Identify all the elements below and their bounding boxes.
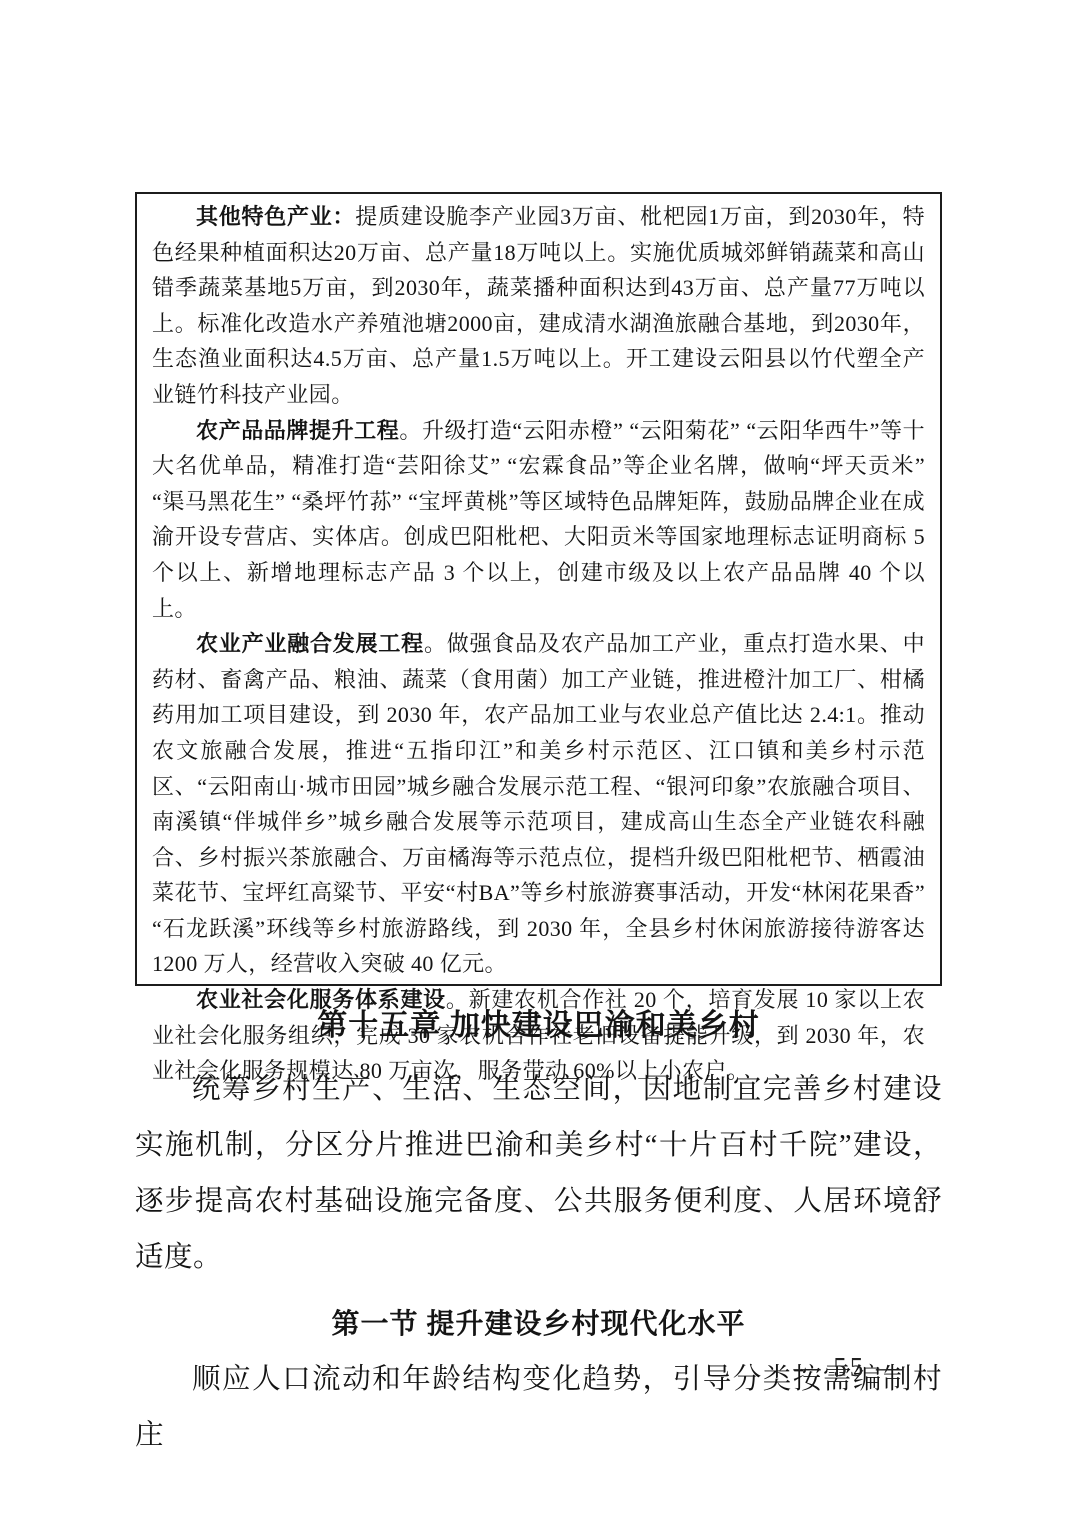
featured-text-box: 其他特色产业：提质建设脆李产业园3万亩、枇杷园1万亩，到2030年，特色经果种植…: [135, 192, 942, 986]
document-page: { "box": { "paragraphs": [ { "lead": "其他…: [0, 0, 1074, 1520]
chapter-intro-paragraph: 统筹乡村生产、生活、生态空间，因地制宜完善乡村建设实施机制，分区分片推进巴渝和美…: [135, 1062, 942, 1286]
paragraph-lead: 农产品品牌提升工程: [196, 418, 399, 443]
main-content: 第十五章 加快建设巴渝和美乡村 统筹乡村生产、生活、生态空间，因地制宜完善乡村建…: [135, 1000, 942, 1464]
page-number: — 55 —: [794, 1352, 907, 1383]
box-paragraph-other-industries: 其他特色产业：提质建设脆李产业园3万亩、枇杷园1万亩，到2030年，特色经果种植…: [152, 199, 925, 413]
chapter-heading: 第十五章 加快建设巴渝和美乡村: [135, 1000, 942, 1044]
paragraph-text: 提质建设脆李产业园3万亩、枇杷园1万亩，到2030年，特色经果种植面积达20万亩…: [152, 204, 925, 407]
section-heading: 第一节 提升建设乡村现代化水平: [135, 1302, 942, 1342]
paragraph-lead: 农业产业融合发展工程: [196, 631, 424, 656]
paragraph-text: 。升级打造“云阳赤橙” “云阳菊花” “云阳华西牛”等十大名优单品，精准打造“芸…: [152, 418, 925, 621]
box-paragraph-brand-upgrade: 农产品品牌提升工程。升级打造“云阳赤橙” “云阳菊花” “云阳华西牛”等十大名优…: [152, 413, 925, 627]
paragraph-lead: 其他特色产业：: [196, 204, 355, 229]
box-paragraph-industry-integration: 农业产业融合发展工程。做强食品及农产品加工产业，重点打造水果、中药材、畜禽产品、…: [152, 626, 925, 982]
paragraph-text: 。做强食品及农产品加工产业，重点打造水果、中药材、畜禽产品、粮油、蔬菜（食用菌）…: [152, 631, 925, 976]
